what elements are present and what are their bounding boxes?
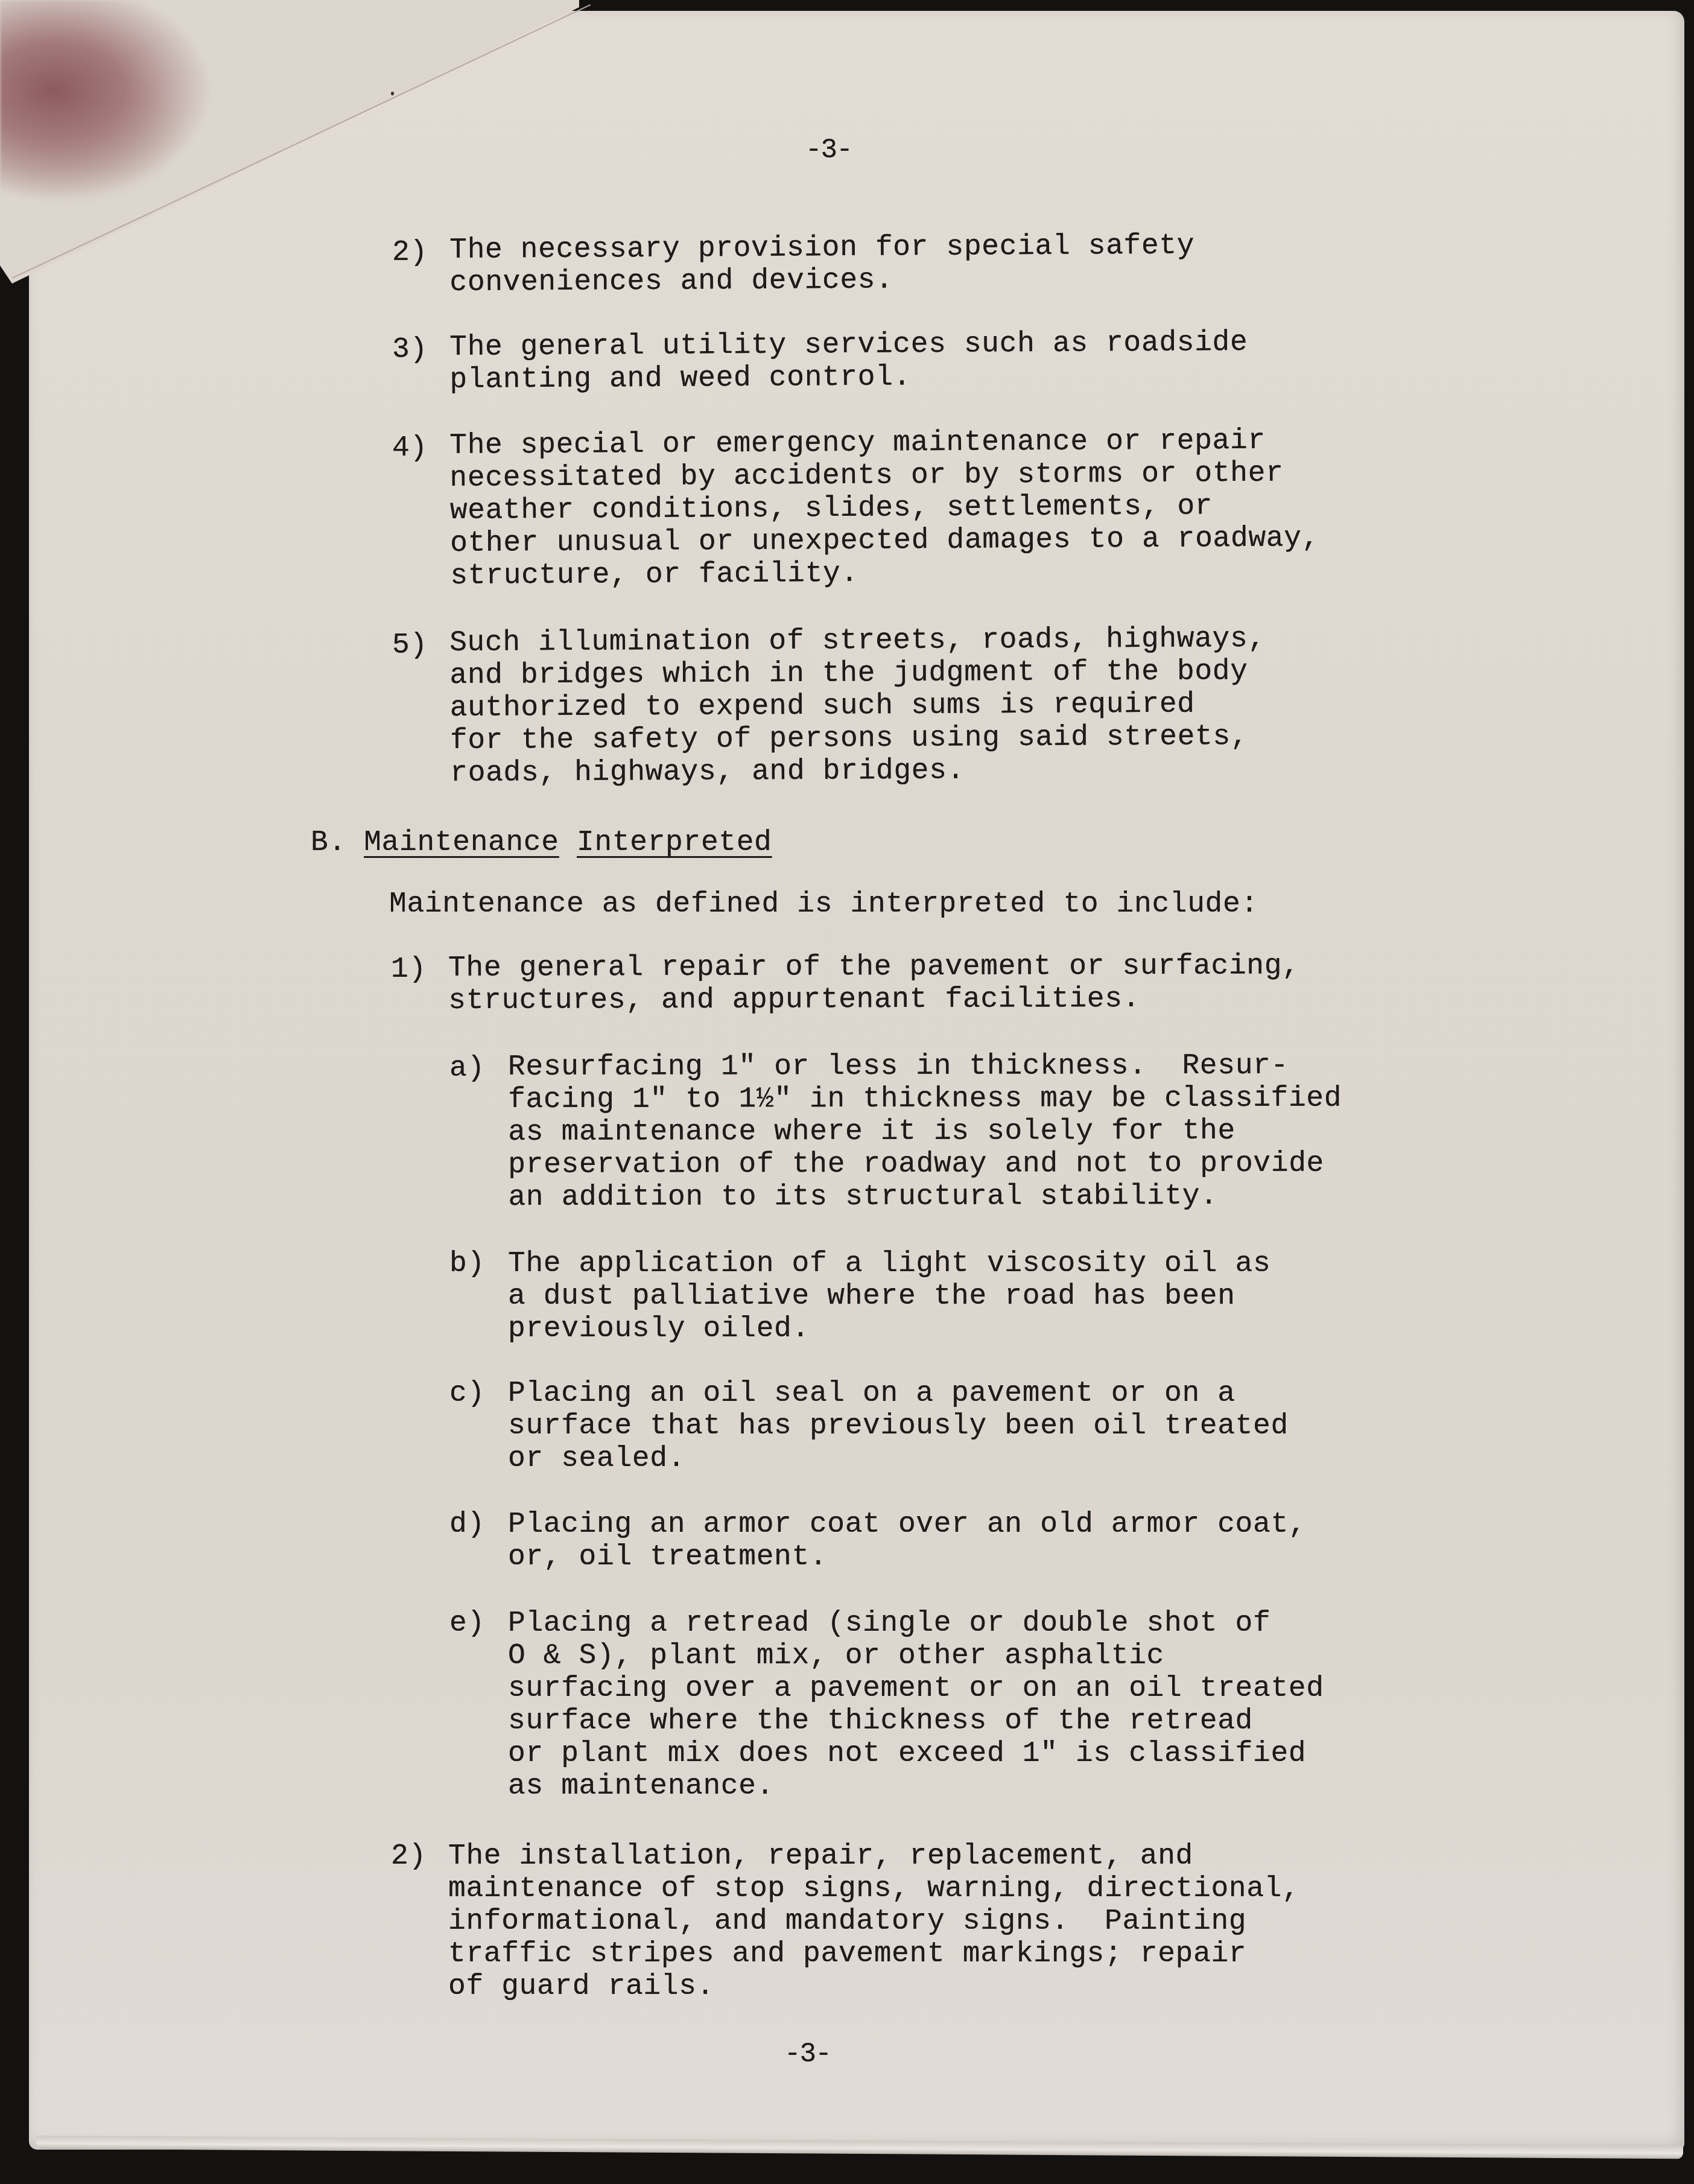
list-item-2: The necessary provision for special safe… [449,229,1195,299]
sublist-marker: b) [449,1248,485,1280]
text-line: or sealed. [508,1443,1289,1475]
text-line: and bridges which in the judgment of the… [449,655,1266,692]
text-line: Placing an armor coat over an old armor … [508,1508,1306,1541]
text-line: as maintenance where it is solely for th… [508,1115,1342,1149]
sublist-marker: a) [449,1052,485,1085]
text-line: The application of a light viscosity oil… [508,1248,1270,1280]
text-line: surface that has previously been oil tre… [508,1410,1289,1443]
page-number-bottom: -3- [784,2038,831,2071]
list-item-b2: The installation, repair, replacement, a… [448,1840,1299,2003]
text-line: weather conditions, slides, settlements,… [450,489,1319,527]
list-item-b1: The general repair of the pavement or su… [448,950,1300,1017]
text-line: Resurfacing 1" or less in thickness. Res… [508,1050,1342,1084]
sublist-marker: c) [449,1377,485,1410]
text-line: for the safety of persons using said str… [450,720,1266,757]
page-number-top: -3- [805,134,852,167]
list-marker: 5) [392,629,428,662]
section-title-word: Interpreted [577,827,772,859]
sublist-marker: e) [449,1607,485,1640]
text-line: previously oiled. [508,1313,1270,1345]
section-b-intro: Maintenance as defined is interpreted to… [389,888,1258,921]
text-line: The installation, repair, replacement, a… [448,1840,1299,1873]
paper-speck [391,92,394,95]
text-line: necessitated by accidents or by storms o… [449,457,1319,495]
text-line: Such illumination of streets, roads, hig… [449,623,1266,659]
text-line: a dust palliative where the road has bee… [508,1280,1270,1313]
text-line: or plant mix does not exceed 1" is class… [508,1738,1324,1770]
text-line: roads, highways, and bridges. [450,753,1266,790]
section-b-heading: B. Maintenance Interpreted [311,827,772,859]
list-marker: 2) [391,1840,427,1873]
list-item-5: Such illumination of streets, roads, hig… [449,623,1266,790]
text-line: Placing a retread (single or double shot… [508,1607,1324,1640]
text-line: informational, and mandatory signs. Pain… [448,1905,1299,1938]
text-line: The necessary provision for special safe… [449,229,1194,267]
text-line: an addition to its structural stability. [508,1180,1342,1214]
list-marker: 1) [391,953,427,986]
list-item-3: The general utility services such as roa… [449,326,1248,396]
text-line: or, oil treatment. [508,1541,1306,1573]
text-line: The special or emergency maintenance or … [449,424,1319,462]
text-line: maintenance of stop signs, warning, dire… [448,1873,1299,1905]
sublist-item-c: Placing an oil seal on a pavement or on … [508,1377,1289,1475]
text-line: of guard rails. [448,1970,1299,2003]
section-title-word: Maintenance [364,827,559,859]
text-line: planting and weed control. [449,359,1248,396]
text-line: facing 1" to 1½" in thickness may be cla… [508,1082,1342,1116]
sublist-marker: d) [449,1508,485,1541]
text-line: The general repair of the pavement or su… [448,950,1300,985]
list-item-4: The special or emergency maintenance or … [449,424,1319,592]
text-line: authorized to expend such sums is requir… [450,688,1266,725]
list-marker: 3) [392,334,428,366]
section-letter: B. [311,827,346,859]
text-line: structures, and appurtenant facilities. [448,982,1300,1017]
text-line: other unusual or unexpected damages to a… [450,522,1319,560]
text-line: surfacing over a pavement or on an oil t… [508,1672,1324,1705]
list-marker: 4) [392,432,428,465]
text-line: Placing an oil seal on a pavement or on … [508,1377,1289,1410]
list-marker: 2) [392,236,428,269]
text-line: The general utility services such as roa… [449,326,1248,364]
text-line: O & S), plant mix, or other asphaltic [508,1640,1324,1672]
text-line: traffic stripes and pavement markings; r… [448,1938,1299,1970]
text-line: structure, or facility. [450,554,1319,592]
sublist-item-d: Placing an armor coat over an old armor … [508,1508,1306,1573]
sublist-item-b: The application of a light viscosity oil… [508,1248,1270,1345]
sublist-item-e: Placing a retread (single or double shot… [508,1607,1324,1803]
sublist-item-a: Resurfacing 1" or less in thickness. Res… [508,1050,1342,1214]
text-line: as maintenance. [508,1770,1324,1803]
text-line: surface where the thickness of the retre… [508,1705,1324,1738]
text-line: preservation of the roadway and not to p… [508,1148,1342,1181]
text-line: conveniences and devices. [449,262,1194,299]
